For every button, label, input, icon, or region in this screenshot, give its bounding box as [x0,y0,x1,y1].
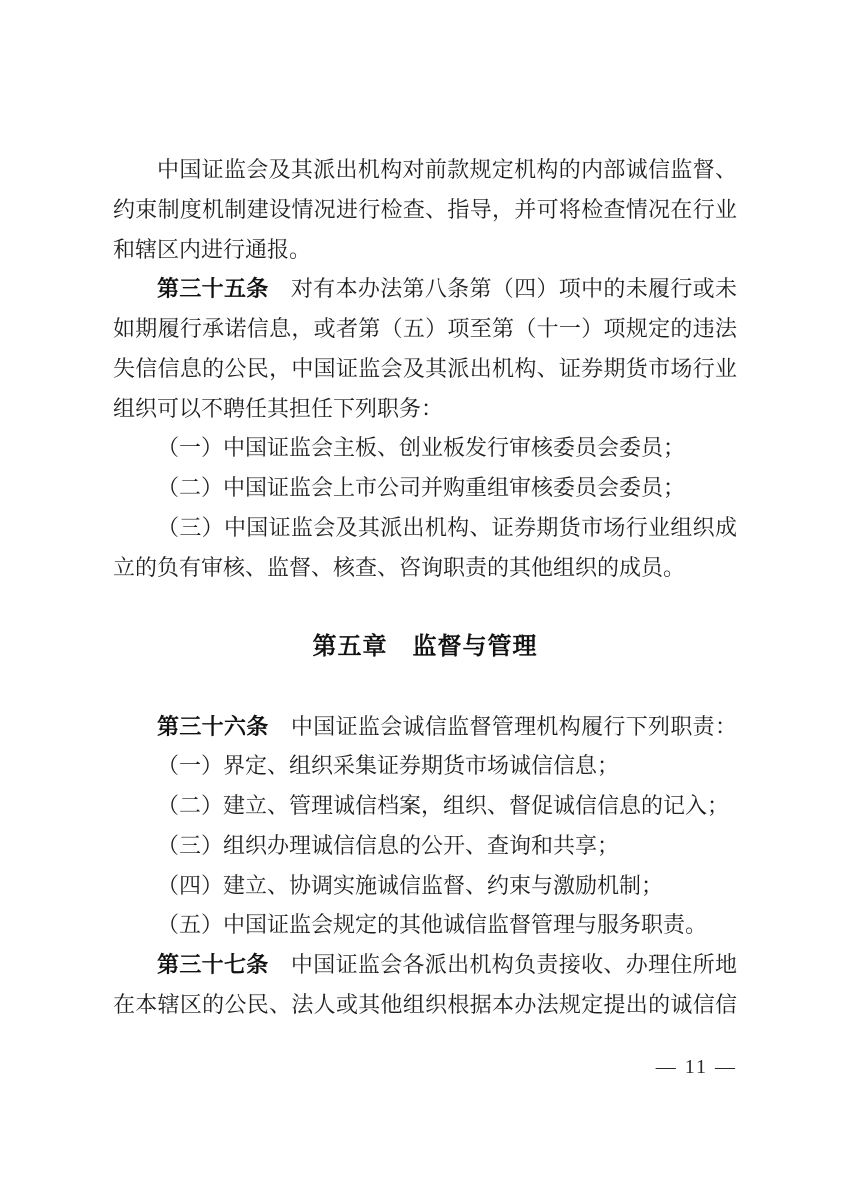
list-item-line: （二）建立、管理诚信档案，组织、督促诚信信息的记入； [113,786,737,826]
body-text-line: 中国证监会及其派出机构对前款规定机构的内部诚信监督、 [113,150,737,190]
list-item-text: （四）建立、协调实施诚信监督、约束与激励机制； [157,873,663,898]
body-text: 中国证监会诚信监督管理机构履行下列职责： [269,714,737,739]
article-37-label: 第三十七条 [157,952,269,977]
article-35-label: 第三十五条 [157,276,269,301]
list-item-text: （二）建立、管理诚信档案，组织、督促诚信信息的记入； [157,793,729,818]
body-text: 和辖区内进行通报。 [113,237,311,262]
list-item-line: （一）中国证监会主板、创业板发行审核委员会委员； [113,428,737,468]
body-text-line: 失信信息的公民，中国证监会及其派出机构、证券期货市场行业 [113,349,737,389]
list-item-text: （一）中国证监会主板、创业板发行审核委员会委员； [157,435,685,460]
body-text: 约束制度机制建设情况进行检查、指导，并可将检查情况在行业 [113,197,737,222]
body-text: 失信信息的公民，中国证监会及其派出机构、证券期货市场行业 [113,356,737,381]
list-item-line: （三）组织办理诚信信息的公开、查询和共享； [113,826,737,866]
article-36-label: 第三十六条 [157,714,269,739]
list-item-line: （三）中国证监会及其派出机构、证券期货市场行业组织成 [113,508,737,548]
list-item-text: （二）中国证监会上市公司并购重组审核委员会委员； [157,475,685,500]
page-number: — 11 — [113,1056,737,1079]
body-text-line: 约束制度机制建设情况进行检查、指导，并可将检查情况在行业 [113,190,737,230]
blank-line [113,667,737,707]
article-37-line: 第三十七条 中国证监会各派出机构负责接收、办理住所地 [113,945,737,985]
body-text: 组织可以不聘任其担任下列职务： [113,396,443,421]
body-text: 在本辖区的公民、法人或其他组织根据本办法规定提出的诚信信 [113,992,737,1017]
document-body: 中国证监会及其派出机构对前款规定机构的内部诚信监督、 约束制度机制建设情况进行检… [113,150,737,1025]
blank-line [113,587,737,627]
document-page: 中国证监会及其派出机构对前款规定机构的内部诚信监督、 约束制度机制建设情况进行检… [0,0,849,1200]
list-item-text: （五）中国证监会规定的其他诚信监督管理与服务职责。 [157,912,707,937]
body-text-line: 在本辖区的公民、法人或其他组织根据本办法规定提出的诚信信 [113,985,737,1025]
body-text: 如期履行承诺信息，或者第（五）项至第（十一）项规定的违法 [113,316,737,341]
body-text-line: 组织可以不聘任其担任下列职务： [113,389,737,429]
body-text: 中国证监会及其派出机构对前款规定机构的内部诚信监督、 [157,157,737,182]
list-item-line: （二）中国证监会上市公司并购重组审核委员会委员； [113,468,737,508]
list-item-text: （三）组织办理诚信信息的公开、查询和共享； [157,833,619,858]
list-item-text: （三）中国证监会及其派出机构、证券期货市场行业组织成 [157,515,737,540]
list-item-line: （五）中国证监会规定的其他诚信监督管理与服务职责。 [113,905,737,945]
list-item-line: 立的负有审核、监督、核查、咨询职责的其他组织的成员。 [113,548,737,588]
body-text: 对有本办法第八条第（四）项中的未履行或未 [269,276,737,301]
chapter-5-heading: 第五章 监督与管理 [113,627,737,667]
article-35-line: 第三十五条 对有本办法第八条第（四）项中的未履行或未 [113,269,737,309]
article-36-line: 第三十六条 中国证监会诚信监督管理机构履行下列职责： [113,707,737,747]
list-item-line: （一）界定、组织采集证券期货市场诚信信息； [113,746,737,786]
list-item-line: （四）建立、协调实施诚信监督、约束与激励机制； [113,866,737,906]
body-text: 中国证监会各派出机构负责接收、办理住所地 [269,952,737,977]
list-item-text: （一）界定、组织采集证券期货市场诚信信息； [157,753,619,778]
list-item-text: 立的负有审核、监督、核查、咨询职责的其他组织的成员。 [113,555,685,580]
body-text-line: 如期履行承诺信息，或者第（五）项至第（十一）项规定的违法 [113,309,737,349]
body-text-line: 和辖区内进行通报。 [113,230,737,270]
